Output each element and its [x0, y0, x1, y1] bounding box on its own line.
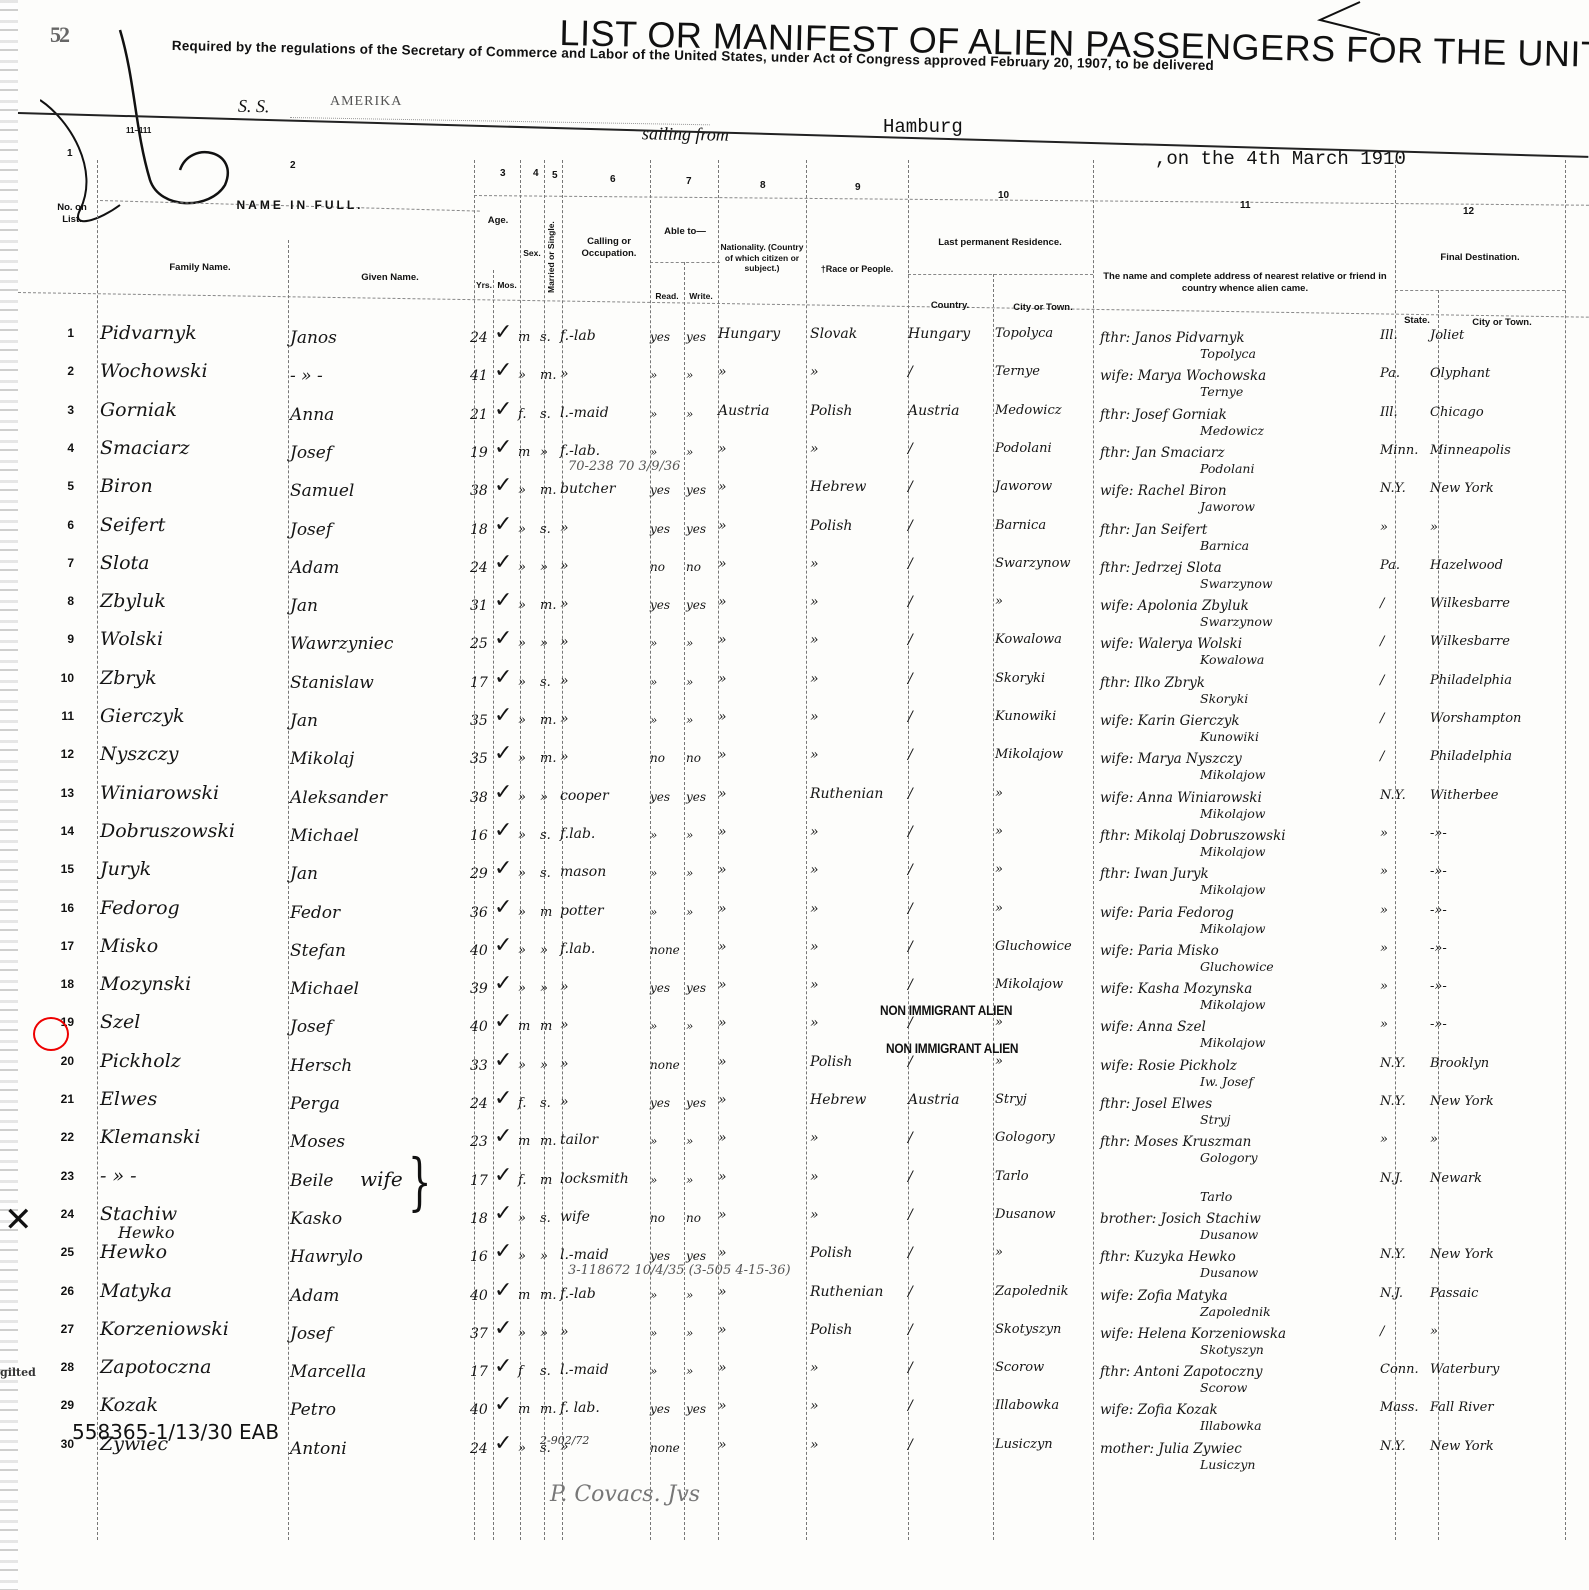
destination-city: Joliet: [1430, 328, 1464, 343]
sex: »: [518, 981, 526, 996]
can-read: no: [650, 1211, 665, 1225]
age-years: 40: [470, 1402, 488, 1418]
residence-town: Jaworow: [995, 479, 1052, 494]
sex: m: [518, 1402, 530, 1417]
destination-state: /: [1380, 673, 1384, 688]
family-name: Elwes: [100, 1088, 157, 1110]
relative-town: Illabowka: [1200, 1418, 1262, 1433]
row-number: 15: [40, 862, 74, 876]
sex: »: [518, 905, 526, 920]
destination-city: Chicago: [1430, 405, 1484, 420]
can-read: »: [650, 636, 657, 650]
col-number: 9: [855, 182, 861, 193]
given-name: Josef: [290, 443, 332, 463]
row-number: 24: [40, 1207, 74, 1221]
family-name-correction: Hewko: [118, 1223, 174, 1242]
occupation: »: [560, 1324, 569, 1340]
marital-status: »: [540, 445, 548, 460]
family-name: Seifert: [100, 514, 165, 536]
race: »: [810, 977, 819, 993]
checkmark-icon: ✓: [494, 933, 512, 958]
destination-state: N.J.: [1380, 1171, 1403, 1186]
row-number: 29: [40, 1398, 74, 1412]
marital-status: »: [540, 1249, 548, 1264]
can-read: »: [650, 368, 657, 382]
given-name-note: wife: [360, 1167, 403, 1191]
row-number: 1: [40, 326, 74, 340]
residence-town: Kowalowa: [995, 632, 1062, 647]
nearest-relative: fthr: Jedrzej Slota: [1100, 560, 1222, 576]
can-read: yes: [650, 330, 670, 344]
nationality: »: [718, 441, 727, 457]
residence-country: Hungary: [908, 326, 970, 342]
col-number: 10: [998, 190, 1009, 201]
checkmark-icon: ✓: [494, 588, 512, 613]
destination-state: N.Y.: [1380, 1094, 1406, 1109]
relative-town: Topolyca: [1200, 346, 1256, 361]
x-mark-icon: ✕: [4, 1200, 33, 1240]
header-able-to: Able to—: [652, 226, 718, 238]
residence-town: Barnica: [995, 518, 1046, 533]
family-name: Winiarowski: [100, 782, 219, 804]
row-number: 6: [40, 518, 74, 532]
destination-city: New York: [1430, 1247, 1494, 1262]
row-number: 23: [40, 1169, 74, 1183]
checkmark-icon: ✓: [494, 703, 512, 728]
checkmark-icon: ✓: [494, 818, 512, 843]
marital-status: s.: [540, 1211, 551, 1226]
checkmark-icon: ✓: [494, 512, 512, 537]
checkmark-icon: ✓: [494, 895, 512, 920]
race: »: [810, 671, 819, 687]
nearest-relative: wife: Rachel Biron: [1100, 483, 1227, 499]
occupation: l.-maid: [560, 405, 609, 421]
destination-state: N.Y.: [1380, 1056, 1406, 1071]
given-name: Petro: [290, 1400, 336, 1420]
can-write: »: [686, 1364, 693, 1378]
sex: »: [518, 1058, 526, 1073]
destination-state: /: [1380, 711, 1384, 726]
residence-town: Illabowka: [995, 1398, 1059, 1413]
col-number: 7: [686, 176, 692, 187]
can-read: »: [650, 905, 657, 919]
relative-town: Stryj: [1200, 1112, 1231, 1127]
colnum-rule: [474, 195, 1589, 206]
sex: »: [518, 1211, 526, 1226]
can-write: yes: [686, 981, 706, 995]
residence-town: Mikolajow: [995, 747, 1063, 762]
destination-city: »: [1430, 1132, 1438, 1147]
checkmark-icon: ✓: [494, 1239, 512, 1264]
relative-town: Skoryki: [1200, 691, 1248, 706]
can-write: »: [686, 1134, 693, 1148]
sex: »: [518, 713, 526, 728]
sex: »: [518, 751, 526, 766]
residence-country: /: [908, 901, 913, 917]
header-city-town: City or Town.: [995, 302, 1091, 314]
sex: f.: [518, 407, 526, 422]
table-row: 7✓SlotaAdam24»»»nono»»/Swarzynowfthr: Je…: [0, 552, 1589, 590]
relative-town: Mikolajow: [1200, 921, 1265, 936]
destination-state: /: [1380, 749, 1384, 764]
can-read: »: [650, 1173, 657, 1187]
family-name: Gierczyk: [100, 705, 184, 727]
given-name: Janos: [290, 328, 337, 348]
race: Polish: [810, 1322, 852, 1338]
race: »: [810, 1169, 819, 1185]
row-number: 3: [40, 403, 74, 417]
checkmark-icon: ✓: [494, 320, 512, 345]
sex: m: [518, 1288, 530, 1303]
can-write: no: [686, 1211, 701, 1225]
marital-status: s.: [540, 407, 551, 422]
able-to-rule: [650, 262, 720, 263]
row-number: 13: [40, 786, 74, 800]
header-occupation: Calling or Occupation.: [572, 236, 646, 260]
relative-town: Dusanow: [1200, 1227, 1258, 1242]
can-read: yes: [650, 1402, 670, 1416]
destination-state: N.Y.: [1380, 1247, 1406, 1262]
destination-city: Wilkesbarre: [1430, 634, 1510, 649]
nationality: »: [718, 518, 727, 534]
sex: »: [518, 675, 526, 690]
occupation: »: [560, 366, 569, 382]
nearest-relative: wife: Walerya Wolski: [1100, 636, 1242, 652]
given-name: Fedor: [290, 903, 340, 923]
destination-state: »: [1380, 826, 1388, 841]
can-write: no: [686, 560, 701, 574]
can-write: yes: [686, 790, 706, 804]
row-number: 22: [40, 1130, 74, 1144]
checkmark-icon: ✓: [494, 856, 512, 881]
age-years: 19: [470, 445, 488, 461]
destination-state: »: [1380, 903, 1388, 918]
nearest-relative: wife: Anna Szel: [1100, 1019, 1206, 1035]
family-name: Wochowski: [100, 360, 208, 382]
sex: m: [518, 445, 530, 460]
occupation: butcher: [560, 481, 615, 497]
race: Hebrew: [810, 479, 866, 495]
race: »: [810, 1360, 819, 1376]
row-number: 11: [40, 709, 74, 723]
family-name: Szel: [100, 1011, 140, 1033]
can-write: »: [686, 866, 693, 880]
nearest-relative: fthr: Josel Elwes: [1100, 1096, 1212, 1112]
destination-city: New York: [1430, 481, 1494, 496]
can-write: »: [686, 1019, 693, 1033]
sex: m: [518, 1134, 530, 1149]
nationality: »: [718, 786, 727, 802]
ss-label: S. S.: [238, 96, 270, 118]
residence-town: Zapolednik: [995, 1284, 1069, 1299]
given-name: Jan: [290, 596, 318, 616]
residence-town: »: [995, 786, 1003, 801]
table-row: 23✓- » -Beile17f.mlocksmith»»»»/TarloTar…: [0, 1165, 1589, 1203]
family-name: Gorniak: [100, 399, 177, 421]
checkmark-icon: ✓: [494, 741, 512, 766]
race: »: [810, 709, 819, 725]
header-married-single: Married or Single.: [546, 210, 560, 304]
residence-town: Scorow: [995, 1360, 1044, 1375]
row-number: 17: [40, 939, 74, 953]
age-years: 35: [470, 751, 488, 767]
row-number: 5: [40, 479, 74, 493]
family-name: Kozak: [100, 1394, 158, 1416]
residence-town: »: [995, 901, 1003, 916]
nationality: »: [718, 862, 727, 878]
table-row: 20✓PickholzHersch33»»»none»Polish/»wife:…: [0, 1050, 1589, 1088]
relative-town: Ternye: [1200, 384, 1243, 399]
can-write: yes: [686, 598, 706, 612]
residence-country: /: [908, 1284, 913, 1300]
can-read: yes: [650, 1096, 670, 1110]
age-years: 18: [470, 1211, 488, 1227]
can-read: yes: [650, 522, 670, 536]
checkmark-icon: ✓: [494, 1278, 512, 1303]
family-name: Fedorog: [100, 897, 180, 919]
table-row: 25✓HewkoHawrylo16»»l.-maidyesyes»Polish/…: [0, 1241, 1589, 1279]
header-final-destination: Final Destination.: [1400, 252, 1560, 264]
race: Polish: [810, 1054, 852, 1070]
header-name-in-full: NAME IN FULL.: [200, 198, 400, 213]
nationality: »: [718, 901, 727, 917]
age-years: 35: [470, 713, 488, 729]
given-name: Jan: [290, 864, 318, 884]
given-name: Adam: [290, 558, 339, 578]
sex: »: [518, 943, 526, 958]
occupation: mason: [560, 864, 606, 880]
age-years: 40: [470, 943, 488, 959]
family-name: Korzeniowski: [100, 1318, 229, 1340]
row-annotation: 70-238 70 3/9/36: [568, 459, 680, 474]
header-yrs: Yrs.: [474, 280, 494, 291]
given-name: Kasko: [290, 1209, 342, 1229]
table-row: 12✓NyszczyMikolaj35»m.»nono»»/Mikolajoww…: [0, 743, 1589, 781]
can-write: »: [686, 713, 693, 727]
row-number: 28: [40, 1360, 74, 1374]
marital-status: s.: [540, 1364, 551, 1379]
residence-country: Austria: [908, 1092, 959, 1108]
can-read: none: [650, 1058, 680, 1072]
row30-file-mark: 2-902/72: [540, 1434, 589, 1447]
occupation: f.-lab: [560, 328, 596, 344]
residence-country: /: [908, 747, 913, 763]
given-name: Josef: [290, 1017, 332, 1037]
nearest-relative: wife: Anna Winiarowski: [1100, 790, 1262, 806]
destination-city: Olyphant: [1430, 366, 1490, 381]
checkmark-icon: ✓: [494, 1316, 512, 1341]
relative-town: Zapolednik: [1200, 1304, 1271, 1319]
can-read: yes: [650, 598, 670, 612]
destination-city: Philadelphia: [1430, 749, 1512, 764]
can-read: none: [650, 943, 680, 957]
marital-status: m: [540, 1173, 552, 1188]
checkmark-icon: ✓: [494, 1392, 512, 1417]
destination-city: Worshampton: [1430, 711, 1521, 726]
nationality: »: [718, 632, 727, 648]
header-read: Read.: [650, 291, 684, 302]
destination-city: -»-: [1430, 979, 1447, 994]
can-write: »: [686, 1326, 693, 1340]
age-years: 17: [470, 1173, 488, 1189]
nearest-relative: fthr: Mikolaj Dobruszowski: [1100, 828, 1286, 844]
residence-country: /: [908, 632, 913, 648]
sailing-from-label: sailing from: [642, 123, 729, 146]
destination-city: »: [1430, 1324, 1438, 1339]
residence-country: /: [908, 1130, 913, 1146]
residence-country: /: [908, 786, 913, 802]
row-20-highlight-circle: [33, 1017, 69, 1051]
col-number: 2: [290, 160, 296, 171]
marital-status: s.: [540, 866, 551, 881]
age-years: 29: [470, 866, 488, 882]
table-row: 10✓ZbrykStanislaw17»s.»»»»»/Skorykifthr:…: [0, 667, 1589, 705]
destination-state: Conn.: [1380, 1362, 1419, 1377]
relative-town: Scorow: [1200, 1380, 1247, 1395]
nearest-relative: fthr: Josef Gorniak: [1100, 407, 1227, 423]
table-row: 9✓WolskiWawrzyniec25»»»»»»»/Kowalowawife…: [0, 628, 1589, 666]
nearest-relative: fthr: Kuzyka Hewko: [1100, 1249, 1236, 1265]
checkmark-icon: ✓: [494, 1124, 512, 1149]
destination-state: »: [1380, 1132, 1388, 1147]
sex: »: [518, 368, 526, 383]
given-name: - » -: [290, 366, 323, 386]
table-row: 27✓KorzeniowskiJosef37»»»»»»Polish/Skoty…: [0, 1318, 1589, 1356]
residence-town: Kunowiki: [995, 709, 1056, 724]
race: »: [810, 862, 819, 878]
destination-city: New York: [1430, 1094, 1494, 1109]
residence-town: Gluchowice: [995, 939, 1072, 954]
destination-state: Pa.: [1380, 558, 1400, 573]
residence-country: /: [908, 1169, 913, 1185]
can-write: no: [686, 751, 701, 765]
family-name: Stachiw: [100, 1203, 177, 1225]
marital-status: »: [540, 790, 548, 805]
checkmark-icon: ✓: [494, 1431, 512, 1456]
sex: »: [518, 1326, 526, 1341]
destination-city: -»-: [1430, 903, 1447, 918]
relative-town: Skotyszyn: [1200, 1342, 1264, 1357]
family-name: Dobruszowski: [100, 820, 235, 842]
age-years: 40: [470, 1019, 488, 1035]
race: »: [810, 1130, 819, 1146]
occupation: f.lab.: [560, 826, 595, 842]
row-number: 27: [40, 1322, 74, 1336]
nearest-relative: fthr: Moses Kruszman: [1100, 1134, 1251, 1150]
col-number: 1: [67, 148, 73, 159]
nearest-relative: wife: Zofia Kozak: [1100, 1402, 1218, 1418]
race: »: [810, 1015, 819, 1031]
can-read: »: [650, 407, 657, 421]
can-write: yes: [686, 1249, 706, 1263]
row-number: 12: [40, 747, 74, 761]
marital-status: m.: [540, 1134, 556, 1149]
col-number: 8: [760, 180, 766, 191]
destination-state: »: [1380, 864, 1388, 879]
header-race: †Race or People.: [808, 264, 906, 275]
marital-status: »: [540, 981, 548, 996]
given-name: Marcella: [290, 1362, 366, 1382]
marital-status: m: [540, 905, 552, 920]
family-name: Wolski: [100, 628, 163, 650]
nearest-relative: wife: Apolonia Zbyluk: [1100, 598, 1249, 614]
header-given-name: Given Name.: [330, 272, 450, 284]
age-years: 17: [470, 675, 488, 691]
occupation: »: [560, 596, 569, 612]
nearest-relative: fthr: Ilko Zbryk: [1100, 675, 1205, 691]
race: Polish: [810, 1245, 852, 1261]
age-years: 33: [470, 1058, 488, 1074]
can-write: yes: [686, 483, 706, 497]
family-name: Matyka: [100, 1280, 172, 1302]
nationality: »: [718, 1169, 727, 1185]
checkmark-icon: ✓: [494, 1201, 512, 1226]
can-write: »: [686, 407, 693, 421]
sex: m: [518, 1019, 530, 1034]
destination-city: Minneapolis: [1430, 443, 1511, 458]
sex: »: [518, 1249, 526, 1264]
can-write: »: [686, 675, 693, 689]
sex: f.: [518, 1096, 526, 1111]
residence-country: /: [908, 1322, 913, 1338]
nearest-relative: wife: Paria Fedorog: [1100, 905, 1234, 921]
age-years: 23: [470, 1134, 488, 1150]
can-write: yes: [686, 1402, 706, 1416]
can-read: yes: [650, 483, 670, 497]
marital-status: m.: [540, 751, 556, 766]
occupation: f.-lab.: [560, 443, 600, 459]
can-read: »: [650, 1019, 657, 1033]
family-name: Pidvarnyk: [100, 322, 197, 344]
age-years: 18: [470, 522, 488, 538]
given-name: Michael: [290, 826, 359, 846]
family-name: Pickholz: [100, 1050, 181, 1072]
sex: »: [518, 560, 526, 575]
marital-status: s.: [540, 675, 551, 690]
residence-country: /: [908, 1054, 913, 1070]
relative-town: Dusanow: [1200, 1265, 1258, 1280]
relative-town: Swarzynow: [1200, 614, 1273, 629]
given-name: Beile: [290, 1171, 334, 1191]
row-number: 26: [40, 1284, 74, 1298]
nationality: »: [718, 556, 727, 572]
residence-town: »: [995, 862, 1003, 877]
age-years: 16: [470, 1249, 488, 1265]
can-read: »: [650, 1288, 657, 1302]
sex: »: [518, 828, 526, 843]
race: »: [810, 632, 819, 648]
non-immigrant-stamp: NON IMMIGRANT ALIEN: [880, 1002, 1012, 1018]
relative-town: Tarlo: [1200, 1189, 1232, 1204]
marital-status: s.: [540, 330, 551, 345]
residence-town: Skotyszyn: [995, 1322, 1061, 1337]
destination-city: Philadelphia: [1430, 673, 1512, 688]
age-years: 41: [470, 368, 488, 384]
relative-town: Swarzynow: [1200, 576, 1273, 591]
nearest-relative: wife: Paria Misko: [1100, 943, 1219, 959]
destination-state: N.J.: [1380, 1286, 1403, 1301]
header-nationality: Nationality. (Country of which citizen o…: [716, 242, 808, 274]
destination-state: /: [1380, 1324, 1384, 1339]
non-immigrant-stamp: NON IMMIGRANT ALIEN: [886, 1040, 1018, 1056]
relative-town: Lusiczyn: [1200, 1457, 1255, 1472]
header-family-name: Family Name.: [140, 262, 260, 274]
can-write: »: [686, 828, 693, 842]
table-row: 6✓SeifertJosef18»s.»yesyes»Polish/Barnic…: [0, 514, 1589, 552]
race: Hebrew: [810, 1092, 866, 1108]
marital-status: m.: [540, 598, 556, 613]
race: Polish: [810, 518, 852, 534]
